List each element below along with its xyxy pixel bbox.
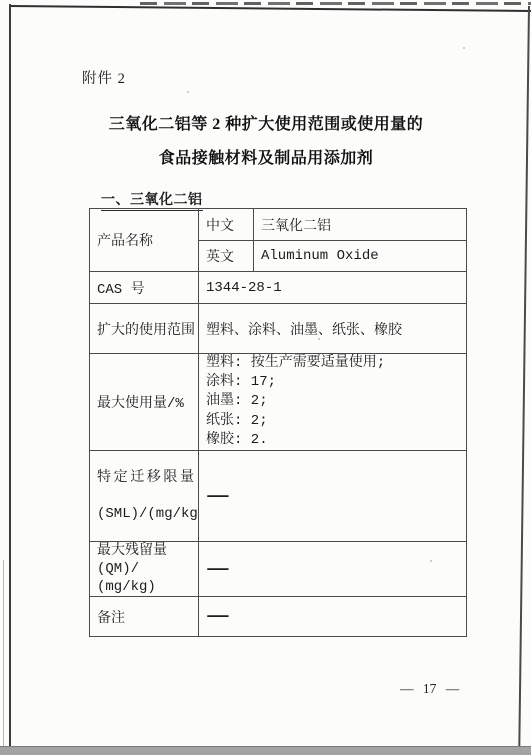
table-row-sml: 特定迁移限量 (SML)/(mg/kg) — xyxy=(90,451,467,542)
sml-label-line1: 特定迁移限量 xyxy=(97,469,194,487)
em-dash: — xyxy=(206,488,230,504)
table-row-cas: CAS 号 1344-28-1 xyxy=(90,272,467,304)
sml-value: — xyxy=(199,451,467,542)
remarks-label: 备注 xyxy=(90,597,199,637)
table-row-max-usage: 最大使用量/% 塑料: 按生产需要适量使用; 涂料: 17; 油墨: 2; 纸张… xyxy=(90,354,467,451)
page-border-right xyxy=(518,6,530,754)
expanded-scope-label: 扩大的使用范围 xyxy=(90,304,199,354)
document-title-line2: 食品接触材料及制品用添加剂 xyxy=(35,142,497,176)
page-border-left xyxy=(9,4,11,752)
qm-label: 最大残留量(QM)/ (mg/kg) xyxy=(90,542,199,597)
english-name-value: Aluminum Oxide xyxy=(254,241,467,272)
em-dash: — xyxy=(206,608,230,624)
page-border-left-faint xyxy=(3,560,4,750)
table-row-remarks: 备注 — xyxy=(90,597,467,637)
expanded-scope-value: 塑料、涂料、油墨、纸张、橡胶 xyxy=(199,304,467,354)
scan-noise-band xyxy=(140,2,531,5)
page-number: — 17 — xyxy=(400,681,459,697)
cas-value: 1344-28-1 xyxy=(199,272,467,304)
table-row-qm: 最大残留量(QM)/ (mg/kg) — xyxy=(90,542,467,597)
substance-info-table: 产品名称 中文 三氧化二铝 英文 Aluminum Oxide CAS 号 13… xyxy=(89,208,467,637)
attachment-label: 附件 2 xyxy=(82,67,126,88)
scan-speck xyxy=(187,91,189,93)
table-row-product-name-zh: 产品名称 中文 三氧化二铝 xyxy=(90,209,467,241)
page-border-top xyxy=(10,5,531,12)
remarks-value: — xyxy=(199,597,467,637)
product-name-label: 产品名称 xyxy=(90,209,199,272)
scan-edge-bottom xyxy=(0,746,531,755)
em-dash: — xyxy=(206,561,230,577)
document-title-line1: 三氧化二铝等 2 种扩大使用范围或使用量的 xyxy=(35,108,497,142)
sml-label: 特定迁移限量 (SML)/(mg/kg) xyxy=(90,451,199,542)
sml-label-line2: (SML)/(mg/kg) xyxy=(97,505,194,523)
max-usage-value: 塑料: 按生产需要适量使用; 涂料: 17; 油墨: 2; 纸张: 2; 橡胶:… xyxy=(199,354,467,451)
scanned-document-page: 附件 2 三氧化二铝等 2 种扩大使用范围或使用量的 食品接触材料及制品用添加剂… xyxy=(0,0,531,755)
chinese-name-value: 三氧化二铝 xyxy=(254,209,467,241)
qm-value: — xyxy=(199,542,467,597)
max-usage-label: 最大使用量/% xyxy=(90,354,199,451)
chinese-label: 中文 xyxy=(199,209,254,241)
document-title: 三氧化二铝等 2 种扩大使用范围或使用量的 食品接触材料及制品用添加剂 xyxy=(35,108,497,176)
scan-speck xyxy=(463,47,465,49)
cas-label: CAS 号 xyxy=(90,272,199,304)
table-row-expanded-scope: 扩大的使用范围 塑料、涂料、油墨、纸张、橡胶 xyxy=(90,304,467,354)
english-label: 英文 xyxy=(199,241,254,272)
